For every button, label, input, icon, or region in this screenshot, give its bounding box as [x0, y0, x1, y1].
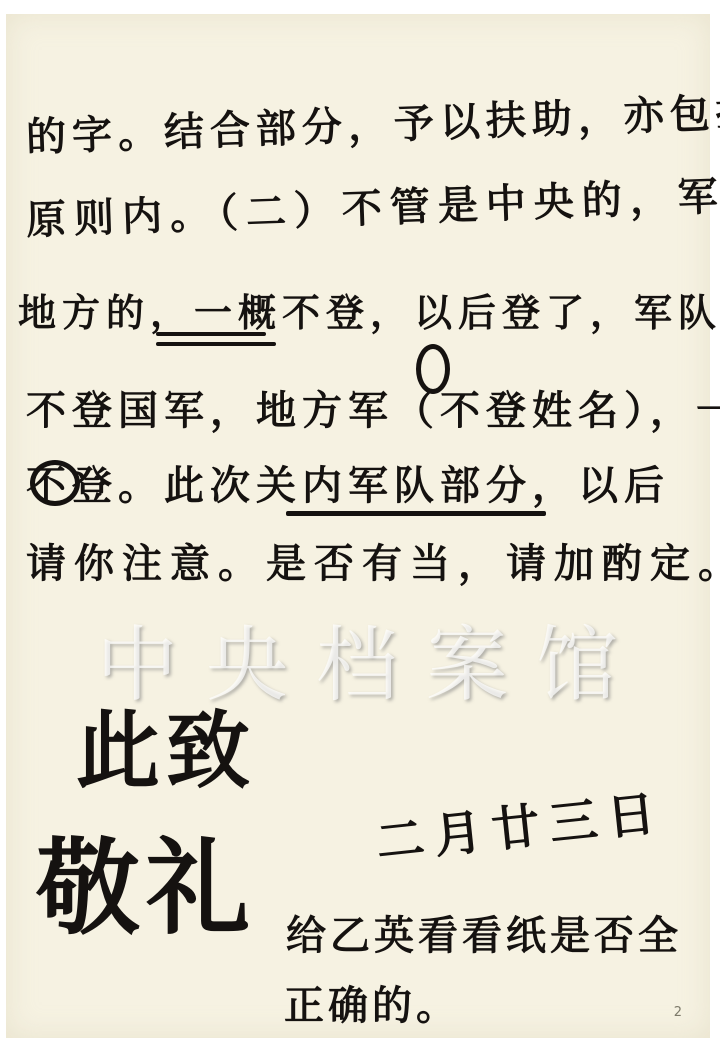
- postscript-line-1: 给乙英看看纸是否全: [286, 904, 682, 961]
- archive-watermark: 中央档案馆: [96, 600, 646, 717]
- ink-blot: [416, 344, 450, 394]
- text-line-2: 原则内。（二）不管是中央的，军队的，: [25, 160, 720, 246]
- underline-mark: [156, 342, 276, 346]
- date-text: 二月廿三日: [372, 774, 668, 873]
- underline-mark: [286, 511, 546, 516]
- text-line-6: 请你注意。是否有当，请加酌定。: [26, 532, 720, 589]
- salutation-text: 敬礼: [36, 804, 256, 954]
- text-line-1: 的字。结合部分，予以扶助，亦包括在此: [25, 77, 720, 163]
- circled-mark: [30, 460, 80, 506]
- letter-page: 的字。结合部分，予以扶助，亦包括在此 原则内。（二）不管是中央的，军队的， 地方…: [6, 14, 710, 1038]
- underline-mark: [156, 332, 266, 336]
- text-line-3: 地方的，一概不登，以后登了，军队: [18, 282, 720, 337]
- text-line-5: 不登。此次关内军队部分，以后: [26, 454, 670, 511]
- text-line-4: 不登国军，地方军（不登姓名），一概: [26, 379, 720, 436]
- page-number: 2: [674, 1005, 682, 1020]
- postscript-line-2: 正确的。: [284, 974, 460, 1031]
